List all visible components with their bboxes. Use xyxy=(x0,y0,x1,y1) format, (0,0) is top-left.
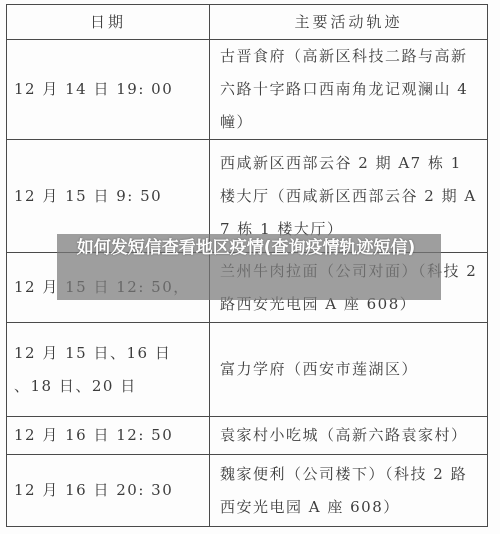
date-cell: 12 月 16 日 20: 30 xyxy=(7,455,210,527)
header-date: 日期 xyxy=(7,5,210,40)
activity-cell: 魏家便利（公司楼下）（科技 2 路西安光电园 A 座 608） xyxy=(210,455,488,527)
overlay-title: 如何发短信查看地区疫情(查询疫情轨迹短信) xyxy=(66,236,426,260)
document-page: 日期 主要活动轨迹 12 月 14 日 19: 00 古晋食府（高新区科技二路与… xyxy=(0,0,500,534)
activity-cell: 袁家村小吃城（高新六路袁家村） xyxy=(210,417,488,455)
date-text-line-2: 、18 日、20 日 xyxy=(14,370,209,403)
table-row: 12 月 16 日 20: 30 魏家便利（公司楼下）（科技 2 路西安光电园 … xyxy=(7,455,488,527)
header-activity: 主要活动轨迹 xyxy=(210,5,488,40)
table-row: 12 月 15 日、16 日 、18 日、20 日 富力学府（西安市莲湖区） xyxy=(7,323,488,417)
date-text: 12 月 15 日 9: 50 xyxy=(14,180,209,213)
date-cell: 12 月 15 日、16 日 、18 日、20 日 xyxy=(7,323,210,417)
date-text: 12 月 16 日 12: 50 xyxy=(14,419,209,452)
date-cell: 12 月 16 日 12: 50 xyxy=(7,417,210,455)
date-text: 12 月 14 日 19: 00 xyxy=(14,73,209,106)
date-cell: 12 月 14 日 19: 00 xyxy=(7,40,210,140)
date-text-line-1: 12 月 15 日、16 日 xyxy=(14,337,209,370)
activity-cell: 古晋食府（高新区科技二路与高新六路十字路口西南角龙记观澜山 4 幢） xyxy=(210,40,488,140)
date-text: 12 月 16 日 20: 30 xyxy=(14,474,209,507)
table-row: 12 月 16 日 12: 50 袁家村小吃城（高新六路袁家村） xyxy=(7,417,488,455)
table-header-row: 日期 主要活动轨迹 xyxy=(7,5,488,40)
table-row: 12 月 14 日 19: 00 古晋食府（高新区科技二路与高新六路十字路口西南… xyxy=(7,40,488,140)
activity-cell: 富力学府（西安市莲湖区） xyxy=(210,323,488,417)
